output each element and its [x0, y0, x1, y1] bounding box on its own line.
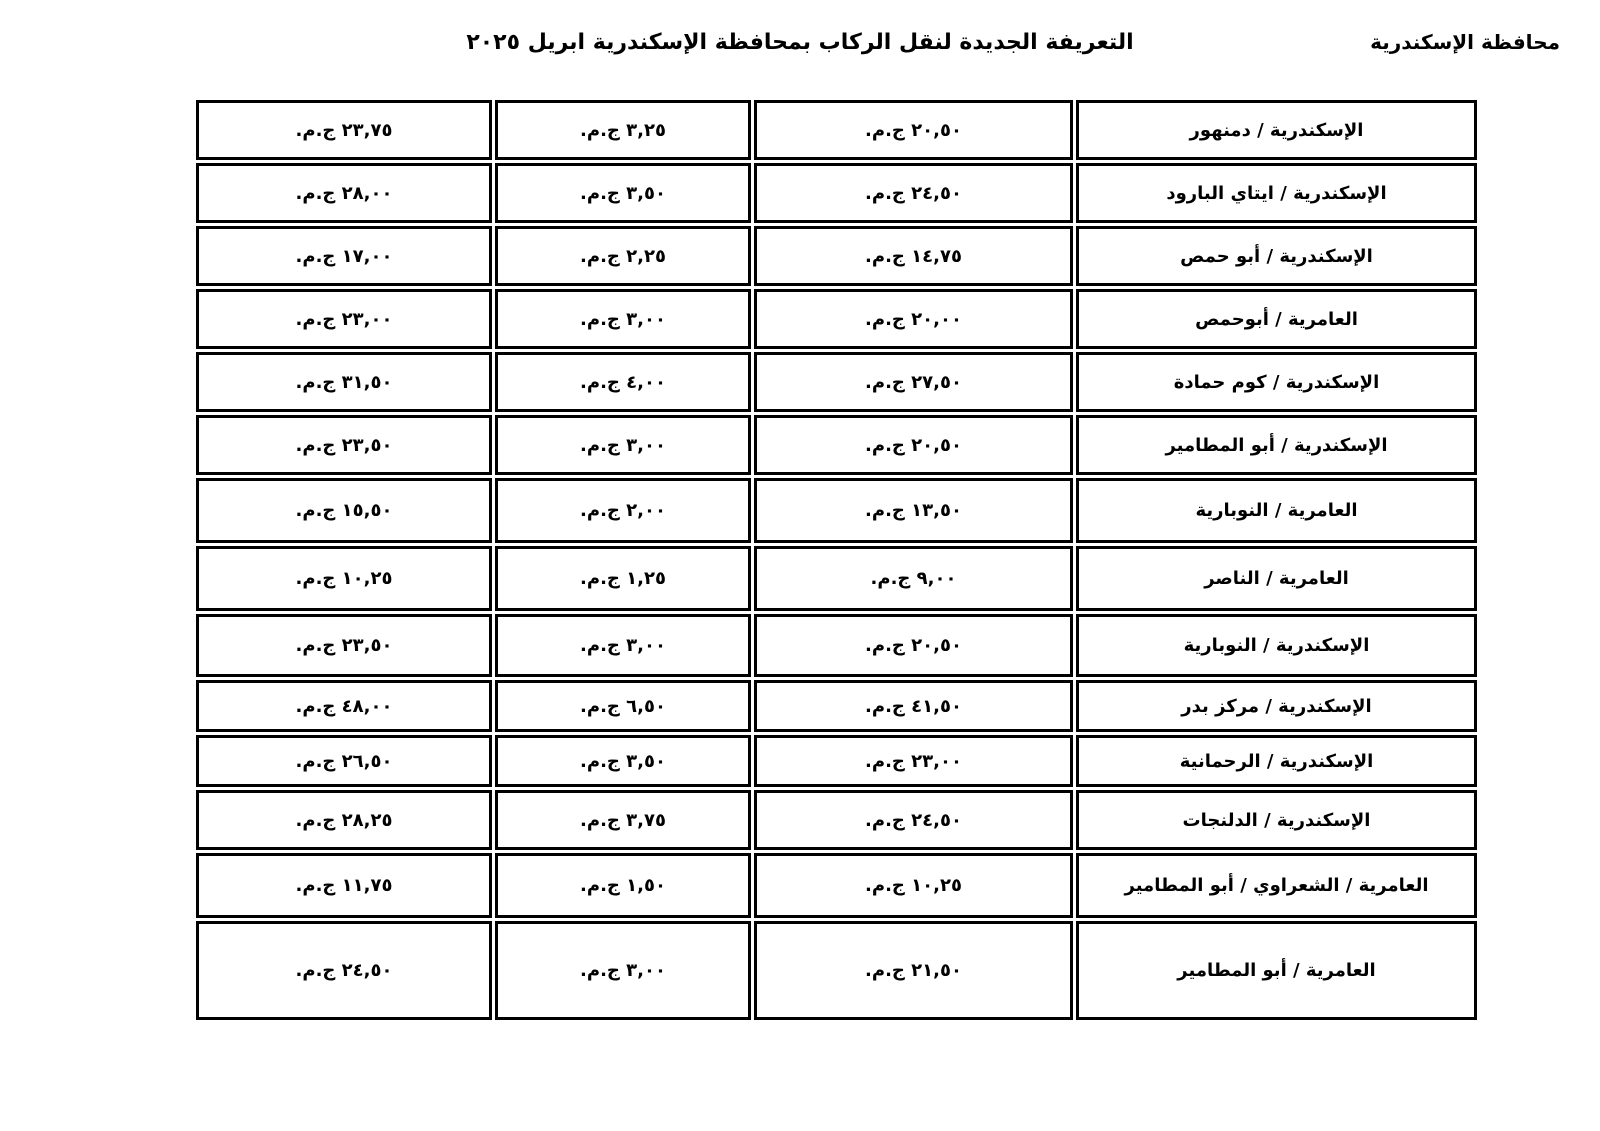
new-fare-cell: ١٥,٥٠ ج.م.: [196, 478, 492, 543]
increase-cell: ٢,٠٠ ج.م.: [495, 478, 751, 543]
increase-cell: ٣,٥٠ ج.م.: [495, 163, 751, 223]
increase-cell: ٢,٢٥ ج.م.: [495, 226, 751, 286]
route-cell: الإسكندرية / الدلنجات: [1076, 790, 1477, 850]
current-fare-cell: ٢٤,٥٠ ج.م.: [754, 163, 1073, 223]
table-row: العامرية / الشعراوي / أبو المطامير ١٠,٢٥…: [196, 853, 1477, 918]
new-fare-cell: ٤٨,٠٠ ج.م.: [196, 680, 492, 732]
new-fare-cell: ٢٣,٥٠ ج.م.: [196, 614, 492, 677]
table-row: الإسكندرية / كوم حمادة ٢٧,٥٠ ج.م. ٤,٠٠ ج…: [196, 352, 1477, 412]
route-cell: الإسكندرية / الرحمانية: [1076, 735, 1477, 787]
table-row: الإسكندرية / الدلنجات ٢٤,٥٠ ج.م. ٣,٧٥ ج.…: [196, 790, 1477, 850]
current-fare-cell: ٩,٠٠ ج.م.: [754, 546, 1073, 611]
increase-cell: ٣,٧٥ ج.م.: [495, 790, 751, 850]
route-cell: العامرية / الشعراوي / أبو المطامير: [1076, 853, 1477, 918]
current-fare-cell: ٢٤,٥٠ ج.م.: [754, 790, 1073, 850]
increase-cell: ٦,٥٠ ج.م.: [495, 680, 751, 732]
increase-cell: ٣,٥٠ ج.م.: [495, 735, 751, 787]
route-cell: العامرية / النوبارية: [1076, 478, 1477, 543]
route-cell: الإسكندرية / أبو حمص: [1076, 226, 1477, 286]
route-cell: الإسكندرية / أبو المطامير: [1076, 415, 1477, 475]
increase-cell: ٤,٠٠ ج.م.: [495, 352, 751, 412]
current-fare-cell: ٢٣,٠٠ ج.م.: [754, 735, 1073, 787]
route-cell: العامرية / الناصر: [1076, 546, 1477, 611]
current-fare-cell: ٢١,٥٠ ج.م.: [754, 921, 1073, 1020]
table-row: العامرية / الناصر ٩,٠٠ ج.م. ١,٢٥ ج.م. ١٠…: [196, 546, 1477, 611]
increase-cell: ٣,٠٠ ج.م.: [495, 614, 751, 677]
new-fare-cell: ٢٨,٢٥ ج.م.: [196, 790, 492, 850]
increase-cell: ٣,٢٥ ج.م.: [495, 100, 751, 160]
table-row: العامرية / أبوحمص ٢٠,٠٠ ج.م. ٣,٠٠ ج.م. ٢…: [196, 289, 1477, 349]
current-fare-cell: ١٣,٥٠ ج.م.: [754, 478, 1073, 543]
route-cell: الإسكندرية / مركز بدر: [1076, 680, 1477, 732]
page-title: التعريفة الجديدة لنقل الركاب بمحافظة الإ…: [0, 30, 1600, 55]
increase-cell: ٣,٠٠ ج.م.: [495, 921, 751, 1020]
route-cell: الإسكندرية / النوبارية: [1076, 614, 1477, 677]
new-fare-cell: ١٧,٠٠ ج.م.: [196, 226, 492, 286]
increase-cell: ١,٥٠ ج.م.: [495, 853, 751, 918]
fare-table-body: الإسكندرية / دمنهور ٢٠,٥٠ ج.م. ٣,٢٥ ج.م.…: [196, 100, 1477, 1020]
route-cell: العامرية / أبوحمص: [1076, 289, 1477, 349]
current-fare-cell: ١٠,٢٥ ج.م.: [754, 853, 1073, 918]
table-row: العامرية / أبو المطامير ٢١,٥٠ ج.م. ٣,٠٠ …: [196, 921, 1477, 1020]
current-fare-cell: ٢٠,٥٠ ج.م.: [754, 614, 1073, 677]
new-fare-cell: ٣١,٥٠ ج.م.: [196, 352, 492, 412]
new-fare-cell: ٢٤,٥٠ ج.م.: [196, 921, 492, 1020]
new-fare-cell: ١٠,٢٥ ج.م.: [196, 546, 492, 611]
table-row: الإسكندرية / مركز بدر ٤١,٥٠ ج.م. ٦,٥٠ ج.…: [196, 680, 1477, 732]
current-fare-cell: ٢٠,٠٠ ج.م.: [754, 289, 1073, 349]
table-row: الإسكندرية / ايتاي البارود ٢٤,٥٠ ج.م. ٣,…: [196, 163, 1477, 223]
route-cell: الإسكندرية / ايتاي البارود: [1076, 163, 1477, 223]
route-cell: الإسكندرية / كوم حمادة: [1076, 352, 1477, 412]
new-fare-cell: ٢٦,٥٠ ج.م.: [196, 735, 492, 787]
table-row: الإسكندرية / الرحمانية ٢٣,٠٠ ج.م. ٣,٥٠ ج…: [196, 735, 1477, 787]
table-row: الإسكندرية / أبو حمص ١٤,٧٥ ج.م. ٢,٢٥ ج.م…: [196, 226, 1477, 286]
current-fare-cell: ٢٠,٥٠ ج.م.: [754, 100, 1073, 160]
new-fare-cell: ٢٨,٠٠ ج.م.: [196, 163, 492, 223]
increase-cell: ٣,٠٠ ج.م.: [495, 289, 751, 349]
new-fare-cell: ٢٣,٥٠ ج.م.: [196, 415, 492, 475]
table-row: العامرية / النوبارية ١٣,٥٠ ج.م. ٢,٠٠ ج.م…: [196, 478, 1477, 543]
current-fare-cell: ٢٧,٥٠ ج.م.: [754, 352, 1073, 412]
table-row: الإسكندرية / دمنهور ٢٠,٥٠ ج.م. ٣,٢٥ ج.م.…: [196, 100, 1477, 160]
table-row: الإسكندرية / النوبارية ٢٠,٥٠ ج.م. ٣,٠٠ ج…: [196, 614, 1477, 677]
fare-table-container: الإسكندرية / دمنهور ٢٠,٥٠ ج.م. ٣,٢٥ ج.م.…: [193, 97, 1480, 1023]
current-fare-cell: ٤١,٥٠ ج.م.: [754, 680, 1073, 732]
document-page: محافظة الإسكندرية التعريفة الجديدة لنقل …: [0, 0, 1600, 1131]
route-cell: العامرية / أبو المطامير: [1076, 921, 1477, 1020]
new-fare-cell: ٢٣,٧٥ ج.م.: [196, 100, 492, 160]
current-fare-cell: ٢٠,٥٠ ج.م.: [754, 415, 1073, 475]
increase-cell: ١,٢٥ ج.م.: [495, 546, 751, 611]
new-fare-cell: ٢٣,٠٠ ج.م.: [196, 289, 492, 349]
table-row: الإسكندرية / أبو المطامير ٢٠,٥٠ ج.م. ٣,٠…: [196, 415, 1477, 475]
fare-table: الإسكندرية / دمنهور ٢٠,٥٠ ج.م. ٣,٢٥ ج.م.…: [193, 97, 1480, 1023]
route-cell: الإسكندرية / دمنهور: [1076, 100, 1477, 160]
increase-cell: ٣,٠٠ ج.م.: [495, 415, 751, 475]
new-fare-cell: ١١,٧٥ ج.م.: [196, 853, 492, 918]
current-fare-cell: ١٤,٧٥ ج.م.: [754, 226, 1073, 286]
